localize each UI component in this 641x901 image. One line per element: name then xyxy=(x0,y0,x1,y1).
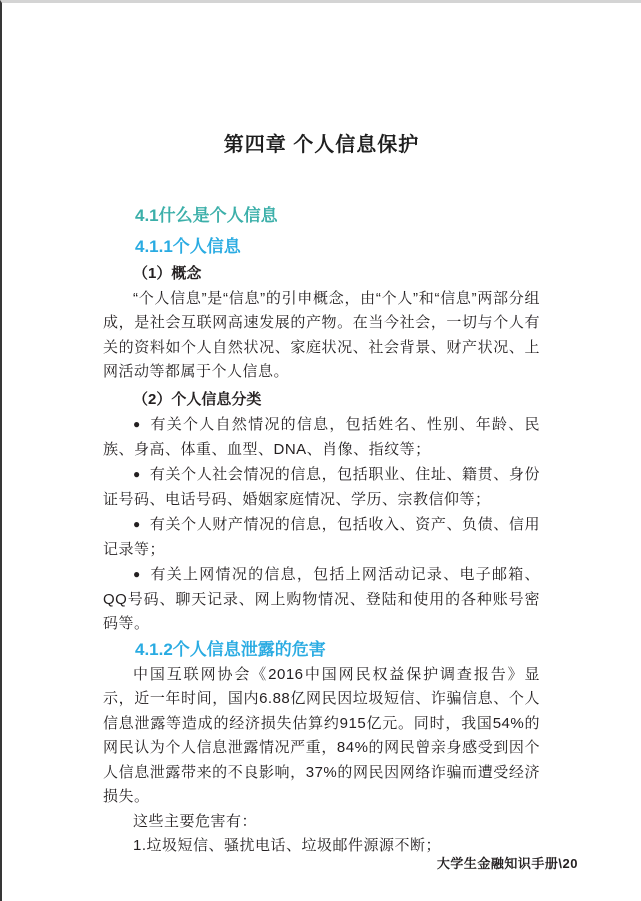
document-page: { "page": { "title": "第四章 个人信息保护", "foot… xyxy=(0,0,641,901)
bullet-text: 有关个人社会情况的信息，包括职业、住址、籍贯、身份证号码、电话号码、婚姻家庭情况… xyxy=(103,466,540,508)
subsection-heading-4-1-2: 4.1.2个人信息泄露的危害 xyxy=(103,637,540,663)
bullet-icon: ● xyxy=(133,567,142,581)
page-footer: 大学生金融知识手册\20 xyxy=(437,853,578,872)
bullet-item-social-info: ●有关个人社会情况的信息，包括职业、住址、籍贯、身份证号码、电话号码、婚姻家庭情… xyxy=(103,462,540,512)
section-heading-4-1: 4.1什么是个人信息 xyxy=(103,203,540,228)
page-content: 第四章 个人信息保护 4.1什么是个人信息 4.1.1个人信息 （1）概念 “个… xyxy=(103,133,540,859)
harm-paragraph: 中国互联网协会《2016中国网民权益保护调查报告》显示，近一年时间，国内6.88… xyxy=(103,663,540,810)
chapter-title: 第四章 个人信息保护 xyxy=(103,133,540,157)
classification-label: （2）个人信息分类 xyxy=(103,388,540,413)
harm-intro-line: 这些主要危害有： xyxy=(103,810,540,835)
bullet-text: 有关个人财产情况的信息，包括收入、资产、负债、信用记录等； xyxy=(103,516,540,558)
concept-paragraph: “个人信息”是“信息”的引申概念，由“个人”和“信息”两部分组成，是社会互联网高… xyxy=(103,287,540,385)
bullet-text: 有关上网情况的信息，包括上网活动记录、电子邮箱、QQ号码、聊天记录、网上购物情况… xyxy=(103,566,540,632)
bullet-text: 有关个人自然情况的信息，包括姓名、性别、年龄、民族、身高、体重、血型、DNA、肖… xyxy=(103,416,540,458)
bullet-icon: ● xyxy=(133,467,141,481)
bullet-item-property-info: ●有关个人财产情况的信息，包括收入、资产、负债、信用记录等； xyxy=(103,512,540,562)
bullet-icon: ● xyxy=(133,417,142,431)
bullet-item-natural-info: ●有关个人自然情况的信息，包括姓名、性别、年龄、民族、身高、体重、血型、DNA、… xyxy=(103,412,540,462)
concept-label: （1）概念 xyxy=(103,262,540,287)
bullet-item-online-info: ●有关上网情况的信息，包括上网活动记录、电子邮箱、QQ号码、聊天记录、网上购物情… xyxy=(103,562,540,637)
bullet-icon: ● xyxy=(133,517,141,531)
subsection-heading-4-1-1: 4.1.1个人信息 xyxy=(103,234,540,259)
